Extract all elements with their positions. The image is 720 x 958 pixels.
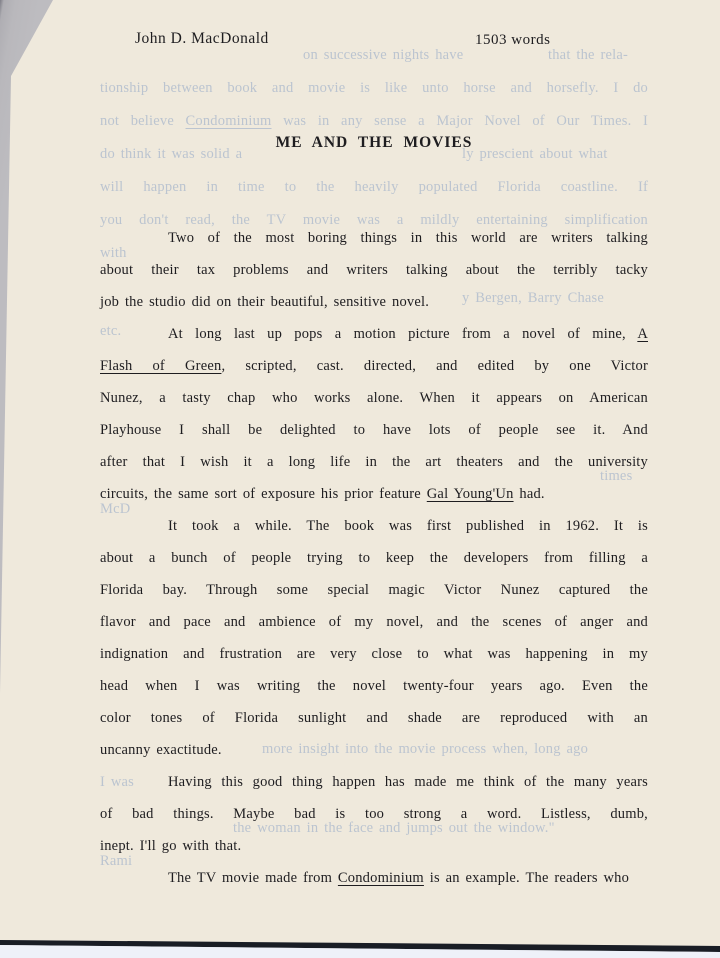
paragraph: At long last up pops a motion picture fr… <box>100 318 648 510</box>
text-segment: , scripted, cast. directed, and edited b… <box>221 358 648 374</box>
text-line: head when I was writing the novel twenty… <box>100 670 648 702</box>
manuscript-text: Two of the most boring things in this wo… <box>100 222 648 894</box>
text-line: Playhouse I shall be delighted to have l… <box>100 414 648 446</box>
text-segment: head when I was writing the novel twenty… <box>100 678 648 694</box>
text-line: Florida bay. Through some special magic … <box>100 574 648 606</box>
byline-row: John D. MacDonald 1503 words <box>0 30 720 50</box>
text-segment: circuits, the same sort of exposure his … <box>100 486 427 502</box>
text-line: after that I wish it a long life in the … <box>100 446 648 478</box>
underlined-text: Gal Young'Un <box>427 486 514 502</box>
text-segment: job the studio did on their beautiful, s… <box>100 294 429 310</box>
text-line: It took a while. The book was first publ… <box>100 510 648 542</box>
underlined-text: Flash of Green <box>100 358 221 374</box>
paragraph: Two of the most boring things in this wo… <box>100 222 648 318</box>
author-name: John D. MacDonald <box>135 30 269 48</box>
text-line: color tones of Florida sunlight and shad… <box>100 702 648 734</box>
text-segment: about their tax problems and writers tal… <box>100 262 648 278</box>
text-line: The TV movie made from Condominium is an… <box>100 862 648 894</box>
text-segment: of bad things. Maybe bad is too strong a… <box>100 806 648 822</box>
paragraph: The TV movie made from Condominium is an… <box>100 862 648 894</box>
text-segment: It took a while. The book was first publ… <box>168 518 648 534</box>
text-line: indignation and frustration are very clo… <box>100 638 648 670</box>
word-count: 1503 words <box>475 32 550 49</box>
text-segment: Having this good thing happen has made m… <box>168 774 648 790</box>
text-segment: color tones of Florida sunlight and shad… <box>100 710 648 726</box>
text-line: about a bunch of people trying to keep t… <box>100 542 648 574</box>
text-line: Flash of Green, scripted, cast. directed… <box>100 350 648 382</box>
text-segment: Nunez, a tasty chap who works alone. Whe… <box>100 390 648 406</box>
text-segment: At long last up pops a motion picture fr… <box>168 326 637 342</box>
text-line: flavor and pace and ambience of my novel… <box>100 606 648 638</box>
text-line: circuits, the same sort of exposure his … <box>100 478 648 510</box>
ink-layer: John D. MacDonald 1503 words ME AND THE … <box>0 0 720 958</box>
text-segment: inept. I'll go with that. <box>100 838 241 854</box>
text-segment: is an example. The readers who <box>424 870 629 886</box>
text-segment: after that I wish it a long life in the … <box>100 454 648 470</box>
text-line: uncanny exactitude. <box>100 734 648 766</box>
text-line: Nunez, a tasty chap who works alone. Whe… <box>100 382 648 414</box>
text-line: job the studio did on their beautiful, s… <box>100 286 648 318</box>
text-line: about their tax problems and writers tal… <box>100 254 648 286</box>
text-segment: flavor and pace and ambience of my novel… <box>100 614 648 630</box>
text-line: At long last up pops a motion picture fr… <box>100 318 648 350</box>
text-line: Two of the most boring things in this wo… <box>100 222 648 254</box>
underlined-text: A <box>637 326 648 342</box>
underlined-text: Condominium <box>338 870 424 886</box>
text-segment: uncanny exactitude. <box>100 742 222 758</box>
text-segment: Two of the most boring things in this wo… <box>168 230 648 246</box>
text-line: inept. I'll go with that. <box>100 830 648 862</box>
text-segment: had. <box>514 486 545 502</box>
text-segment: indignation and frustration are very clo… <box>100 646 648 662</box>
text-segment: The TV movie made from <box>168 870 338 886</box>
paragraph: It took a while. The book was first publ… <box>100 510 648 766</box>
paragraph: Having this good thing happen has made m… <box>100 766 648 862</box>
text-segment: about a bunch of people trying to keep t… <box>100 550 648 566</box>
text-segment: Playhouse I shall be delighted to have l… <box>100 422 648 438</box>
page-title: ME AND THE MOVIES <box>100 134 648 152</box>
text-segment: Florida bay. Through some special magic … <box>100 582 648 598</box>
text-line: Having this good thing happen has made m… <box>100 766 648 798</box>
text-line: of bad things. Maybe bad is too strong a… <box>100 798 648 830</box>
